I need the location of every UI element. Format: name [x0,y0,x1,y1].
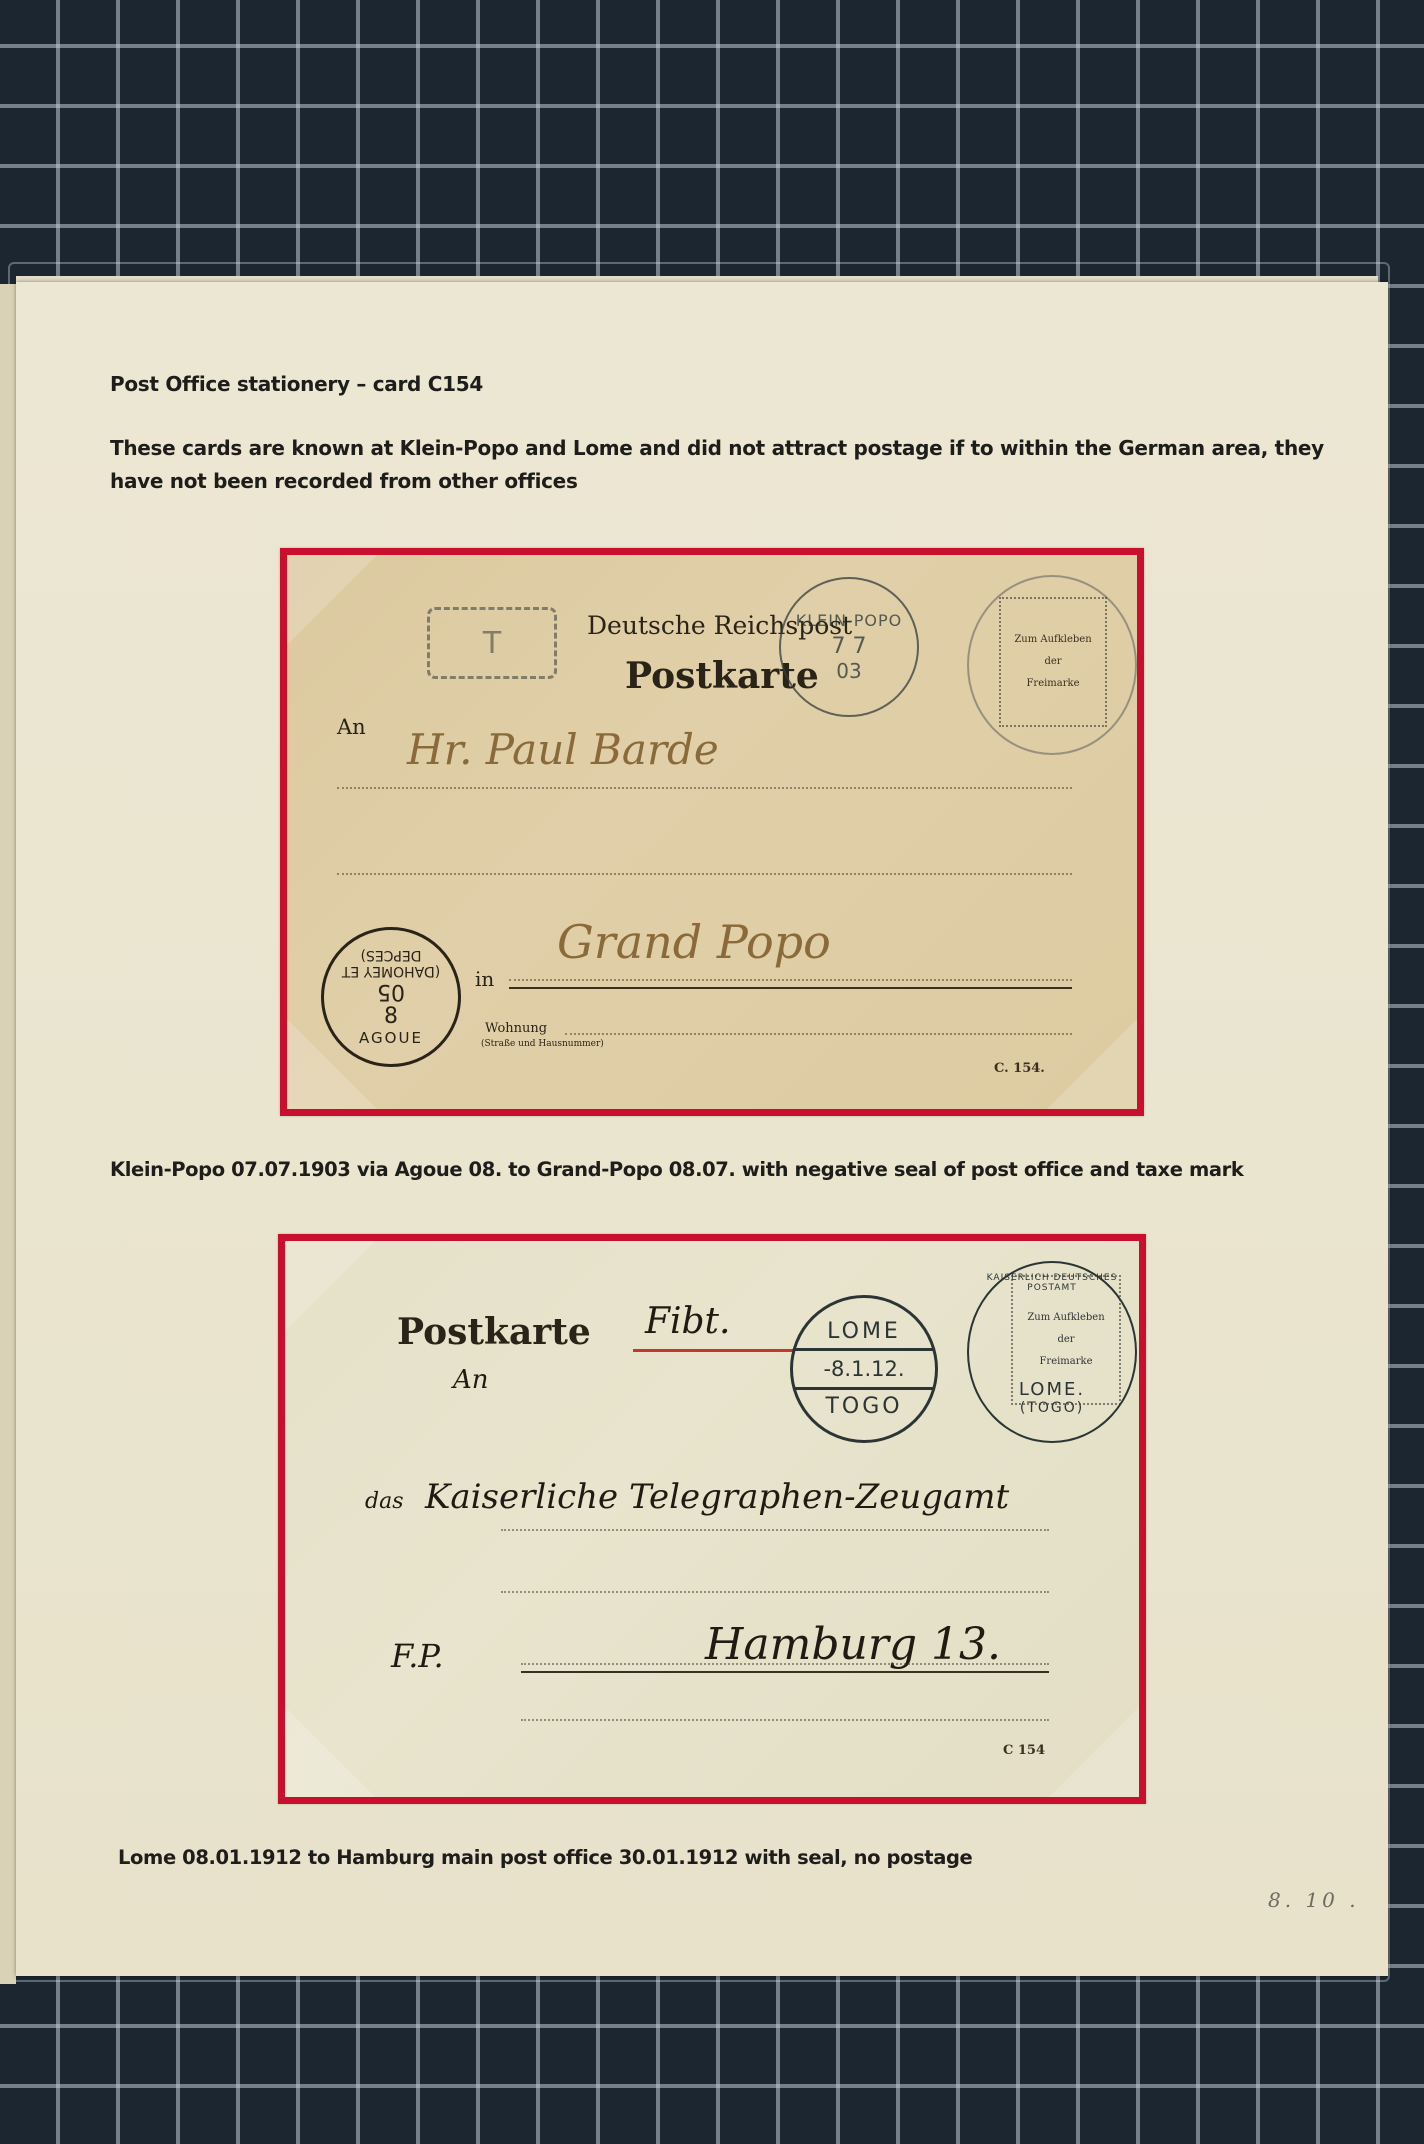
card2-title: Postkarte [397,1311,591,1353]
city-underline [521,1671,1049,1673]
postcard-klein-popo: T Deutsche Reichspost Postkarte KLEIN-PO… [287,555,1137,1109]
photo-corner [287,555,377,645]
card1-recipient: Hr. Paul Barde [407,725,719,774]
postmark-agoue: (DAHOMEY ET DEPCES) 05 8 AGOUE [321,927,461,1067]
pencil-page-number: 8. 10 . [1268,1888,1360,1912]
photo-corner [1049,1707,1139,1797]
taxe-mark: T [427,607,557,679]
address-line [521,1663,1049,1665]
postmark-lome-togo: LOME -8.1.12. TOGO [790,1295,938,1443]
postmark-klein-popo: KLEIN-POPO 7 7 03 [779,577,919,717]
card1-caption: Klein-Popo 07.07.1903 via Agoue 08. to G… [110,1158,1243,1181]
postcard-lome: Postkarte Fibt. An LOME -8.1.12. TOGO KA… [285,1241,1139,1797]
stamp-placement-box: Zum Aufkleben der Freimarke [1011,1275,1121,1405]
card1-address-label: Wohnung [485,1021,547,1036]
address-line [337,873,1072,875]
card2-annotation: Fibt. [645,1301,730,1342]
address-line [565,1033,1072,1035]
photo-corner [285,1241,375,1331]
card2-city-prefix: F.P. [391,1637,444,1675]
card2-red-mount: Postkarte Fibt. An LOME -8.1.12. TOGO KA… [278,1234,1146,1804]
page-heading: Post Office stationery – card C154 [110,372,483,396]
underlying-page-edge [0,284,16,1984]
red-crayon-strike [633,1349,793,1352]
address-line [501,1591,1049,1593]
city-underline [509,987,1072,989]
card1-address-sublabel: (Straße und Hausnummer) [481,1039,604,1049]
card1-city-label: in [475,967,494,991]
stamp-placement-box: Zum Aufkleben der Freimarke [999,597,1107,727]
card2-caption: Lome 08.01.1912 to Hamburg main post off… [118,1846,972,1869]
photo-corner [285,1707,375,1797]
card2-catalog-number: C 154 [1003,1743,1045,1758]
card1-catalog-number: C. 154. [994,1061,1045,1076]
page-intro-text: These cards are known at Klein-Popo and … [110,432,1340,498]
address-line [509,979,1072,981]
card2-to-label: An [453,1365,489,1395]
address-line [501,1529,1049,1531]
card1-to-label: An [337,715,366,739]
card1-city: Grand Popo [557,915,831,969]
card2-recipient-name: Kaiserliche Telegraphen-Zeugamt [425,1477,1009,1517]
address-line [337,787,1072,789]
card2-recipient-prefix: das [365,1489,404,1514]
card1-red-mount: T Deutsche Reichspost Postkarte KLEIN-PO… [280,548,1144,1116]
address-line [521,1719,1049,1721]
